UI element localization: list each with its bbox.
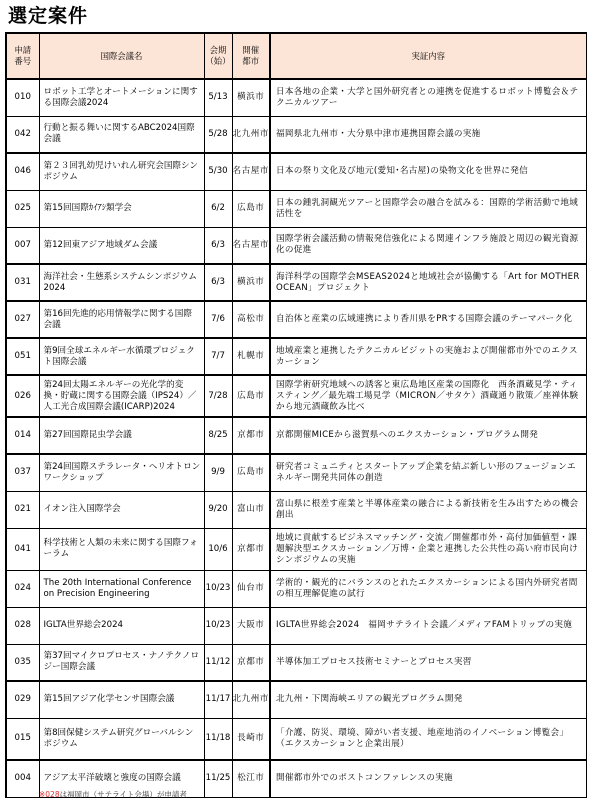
host-city-cell: 広島市 (232, 454, 270, 491)
table-row: 051第9回全球エネルギー水循環プロジェクト国際会議7/7札幌市地域産業と連携し… (6, 338, 586, 375)
session-start-cell: 6/3 (204, 227, 232, 264)
conference-name-cell: 第15回国際ｶｲｱｼ類学会 (39, 190, 204, 227)
host-city-cell: 松江市 (232, 760, 270, 797)
demonstration-content-cell: 国際学術会議活動の情報発信強化による関連インフラ施設と周辺の観光資源化の促進 (270, 227, 586, 264)
host-city-cell: 大阪市 (232, 607, 270, 644)
demonstration-content-cell: 自治体と産業の広域連携により香川県をPRする国際会議のテーマパーク化 (270, 301, 586, 338)
demonstration-content-cell: 国際学術研究地域への誘客と東広島地区産業の国際化 西条酒蔵見学・ティスティング／… (270, 375, 586, 417)
conference-name-cell: 第8回保健システム研究グローバルシンポジウム (39, 718, 204, 760)
header-demonstration-content: 実証内容 (270, 33, 586, 79)
table-row: 007第12回東アジア地域ダム会議6/3名古屋市国際学術会議活動の情報発信強化に… (6, 227, 586, 264)
host-city-cell: 長崎市 (232, 718, 270, 760)
application-number-cell: 015 (6, 718, 39, 760)
host-city-cell: 札幌市 (232, 338, 270, 375)
application-number-cell: 021 (6, 491, 39, 528)
table-row: 041科学技術と人類の未来に関する国際フォーラム10/6京都市地域に貢献するビジ… (6, 528, 586, 570)
table-row: 026第24回太陽エネルギーの光化学的変換・貯蔵に関する国際会議（IPS24）／… (6, 375, 586, 417)
host-city-cell: 北九州市 (232, 116, 270, 153)
table-row: 031海洋社会・生態系システムシンポジウム20246/3横浜市海洋科学の国際学会… (6, 264, 586, 301)
demonstration-content-cell: 富山県に根差す産業と半導体産業の融合による新技術を生み出すための機会創出 (270, 491, 586, 528)
demonstration-content-cell: 京都開催MICEから滋賀県へのエクスカーション・プログラム開発 (270, 417, 586, 454)
demonstration-content-cell: 日本の祭り文化及び地元(愛知･名古屋)の染物文化を世界に発信 (270, 153, 586, 190)
conference-name-cell: 海洋社会・生態系システムシンポジウム2024 (39, 264, 204, 301)
conference-name-cell: 第9回全球エネルギー水循環プロジェクト国際会議 (39, 338, 204, 375)
page-title: 選定案件 (8, 4, 88, 28)
host-city-cell: 北九州市 (232, 681, 270, 718)
session-start-cell: 6/2 (204, 190, 232, 227)
application-number-cell: 026 (6, 375, 39, 417)
application-number-cell: 046 (6, 153, 39, 190)
conference-name-cell: 第15回アジア化学センサ国際会議 (39, 681, 204, 718)
table-row: 028IGLTA世界総会202410/23大阪市IGLTA世界総会2024 福岡… (6, 607, 586, 644)
session-start-cell: 10/6 (204, 528, 232, 570)
table-row: 014第27回国際昆虫学会議8/25京都市京都開催MICEから滋賀県へのエクスカ… (6, 417, 586, 454)
conference-name-cell: 第２３回乳幼児けいれん研究会国際シンポジウム (39, 153, 204, 190)
demonstration-content-cell: 日本各地の企業・大学と国外研究者との連携を促進するロボット博覧会＆テクニカルツア… (270, 79, 586, 116)
table-row: 029第15回アジア化学センサ国際会議11/17北九州市北九州・下関海峡エリアの… (6, 681, 586, 718)
table-row: 027第16回先進的応用情報学に関する国際会議7/6高松市自治体と産業の広域連携… (6, 301, 586, 338)
demonstration-content-cell: 地域に貢献するビジネスマッチング・交流／開催都市外・高付加価値型・課題解決型エク… (270, 528, 586, 570)
host-city-cell: 仙台市 (232, 570, 270, 607)
application-number-cell: 025 (6, 190, 39, 227)
footnote: ※028は福岡市（サテライト会場）が申請者 (39, 790, 187, 800)
table-row: 021イオン注入国際学会9/20富山市富山県に根差す産業と半導体産業の融合による… (6, 491, 586, 528)
session-start-cell: 11/12 (204, 644, 232, 681)
header-application-number: 申請番号 (6, 33, 39, 79)
host-city-cell: 広島市 (232, 375, 270, 417)
table-row: 042行動と振る舞いに関するABC2024国際会議5/28北九州市福岡県北九州市… (6, 116, 586, 153)
application-number-cell: 027 (6, 301, 39, 338)
demonstration-content-cell: 北九州・下関海峡エリアの観光プログラム開発 (270, 681, 586, 718)
application-number-cell: 051 (6, 338, 39, 375)
footnote-text: は福岡市（サテライト会場）が申請者 (60, 790, 187, 799)
host-city-cell: 名古屋市 (232, 227, 270, 264)
application-number-cell: 041 (6, 528, 39, 570)
header-host-city: 開催都市 (232, 33, 270, 79)
session-start-cell: 10/23 (204, 607, 232, 644)
session-start-cell: 9/20 (204, 491, 232, 528)
host-city-cell: 横浜市 (232, 79, 270, 116)
host-city-cell: 高松市 (232, 301, 270, 338)
table-row: 015第8回保健システム研究グローバルシンポジウム11/18長崎市「介護、防災、… (6, 718, 586, 760)
session-start-cell: 6/3 (204, 264, 232, 301)
host-city-cell: 京都市 (232, 417, 270, 454)
session-start-cell: 7/7 (204, 338, 232, 375)
host-city-cell: 広島市 (232, 190, 270, 227)
demonstration-content-cell: 研究者コミュニティとスタートアップ企業を結ぶ新しい形のフュージョンエネルギー開発… (270, 454, 586, 491)
conference-name-cell: ロボット工学とオートメーションに関する国際会議2024 (39, 79, 204, 116)
application-number-cell: 042 (6, 116, 39, 153)
table-row: 024The 20th International Conference on … (6, 570, 586, 607)
demonstration-content-cell: 海洋科学の国際学会MSEAS2024と地域社会が協働する「Art for MOT… (270, 264, 586, 301)
demonstration-content-cell: 福岡県北九州市・大分県中津市連携国際会議の実施 (270, 116, 586, 153)
demonstration-content-cell: IGLTA世界総会2024 福岡サテライト会議／メディアFAMトリップの実施 (270, 607, 586, 644)
conference-name-cell: 第27回国際昆虫学会議 (39, 417, 204, 454)
table-row: 010ロボット工学とオートメーションに関する国際会議20245/13横浜市日本各… (6, 79, 586, 116)
session-start-cell: 11/25 (204, 760, 232, 797)
header-session-start: 会期（始） (204, 33, 232, 79)
session-start-cell: 11/17 (204, 681, 232, 718)
host-city-cell: 横浜市 (232, 264, 270, 301)
session-start-cell: 7/6 (204, 301, 232, 338)
conference-name-cell: 第12回東アジア地域ダム会議 (39, 227, 204, 264)
conference-name-cell: 第16回先進的応用情報学に関する国際会議 (39, 301, 204, 338)
conference-name-cell: The 20th International Conference on Pre… (39, 570, 204, 607)
demonstration-content-cell: 半導体加工プロセス技術セミナーとプロセス実習 (270, 644, 586, 681)
conference-name-cell: 行動と振る舞いに関するABC2024国際会議 (39, 116, 204, 153)
table-row: 025第15回国際ｶｲｱｼ類学会6/2広島市日本の鍾乳洞観光ツアーと国際学会の融… (6, 190, 586, 227)
host-city-cell: 京都市 (232, 528, 270, 570)
conference-name-cell: イオン注入国際学会 (39, 491, 204, 528)
table-row: 037第24回国際ステラレータ・ヘリオトロンワークショップ9/9広島市研究者コミ… (6, 454, 586, 491)
footnote-mark: ※028 (39, 790, 60, 799)
table-row: 035第37回マイクロプロセス・ナノテクノロジー国際会議11/12京都市半導体加… (6, 644, 586, 681)
session-start-cell: 7/28 (204, 375, 232, 417)
demonstration-content-cell: 日本の鍾乳洞観光ツアーと国際学会の融合を試みる：国際的学術活動で地域活性を (270, 190, 586, 227)
application-number-cell: 037 (6, 454, 39, 491)
table-header-row: 申請番号 国際会議名 会期（始） 開催都市 実証内容 (6, 33, 586, 79)
application-number-cell: 035 (6, 644, 39, 681)
session-start-cell: 9/9 (204, 454, 232, 491)
application-number-cell: 014 (6, 417, 39, 454)
host-city-cell: 富山市 (232, 491, 270, 528)
demonstration-content-cell: 地域産業と連携したテクニカルビジットの実施および開催都市外でのエクスカーション (270, 338, 586, 375)
session-start-cell: 8/25 (204, 417, 232, 454)
conference-name-cell: 第24回太陽エネルギーの光化学的変換・貯蔵に関する国際会議（IPS24）／人工光… (39, 375, 204, 417)
host-city-cell: 名古屋市 (232, 153, 270, 190)
header-conference-name: 国際会議名 (39, 33, 204, 79)
session-start-cell: 5/30 (204, 153, 232, 190)
conference-name-cell: 科学技術と人類の未来に関する国際フォーラム (39, 528, 204, 570)
table-row: 046第２３回乳幼児けいれん研究会国際シンポジウム5/30名古屋市日本の祭り文化… (6, 153, 586, 190)
application-number-cell: 029 (6, 681, 39, 718)
application-number-cell: 007 (6, 227, 39, 264)
demonstration-content-cell: 学術的・観光的にバランスのとれたエクスカーションによる国内外研究者間の相互理解促… (270, 570, 586, 607)
application-number-cell: 010 (6, 79, 39, 116)
host-city-cell: 京都市 (232, 644, 270, 681)
demonstration-content-cell: 「介護、防災、環境、障がい者支援、地産地消のイノベーション博覧会」（エクスカーシ… (270, 718, 586, 760)
conference-name-cell: 第37回マイクロプロセス・ナノテクノロジー国際会議 (39, 644, 204, 681)
application-number-cell: 031 (6, 264, 39, 301)
session-start-cell: 5/28 (204, 116, 232, 153)
demonstration-content-cell: 開催都市外でのポストコンファレンスの実施 (270, 760, 586, 797)
conference-name-cell: 第24回国際ステラレータ・ヘリオトロンワークショップ (39, 454, 204, 491)
selected-cases-table: 申請番号 国際会議名 会期（始） 開催都市 実証内容 010ロボット工学とオート… (5, 32, 587, 798)
conference-name-cell: IGLTA世界総会2024 (39, 607, 204, 644)
application-number-cell: 028 (6, 607, 39, 644)
session-start-cell: 11/18 (204, 718, 232, 760)
session-start-cell: 5/13 (204, 79, 232, 116)
session-start-cell: 10/23 (204, 570, 232, 607)
application-number-cell: 024 (6, 570, 39, 607)
application-number-cell: 004 (6, 760, 39, 797)
